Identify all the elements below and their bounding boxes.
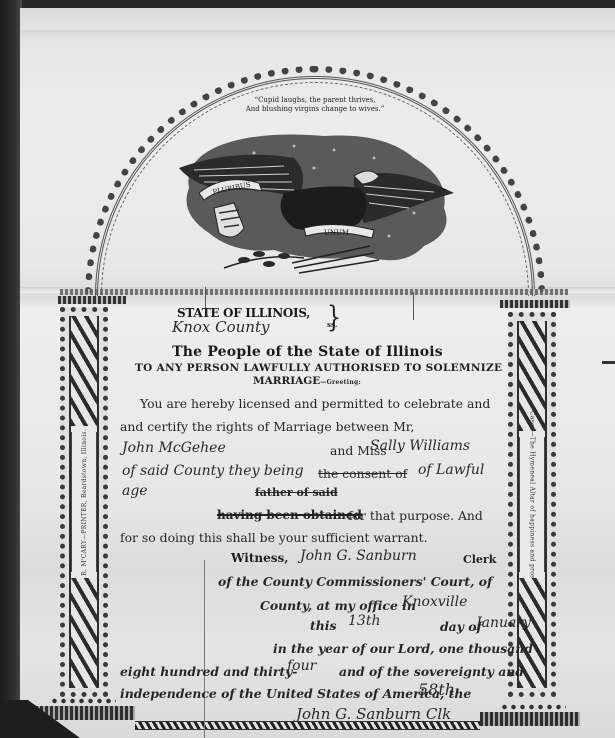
county-office-line: County, at my office in [260,598,416,613]
printer-imprint: R. M'CARY—PRINTER, Beardstown, Illinois. [81,429,88,576]
of-said-county: of said County they being [122,463,304,479]
lawful-handwritten: of Lawful [418,462,484,478]
corner-ornament-top-left [58,296,126,304]
brace: } [327,305,341,334]
bride-name: Sally Williams [370,438,470,454]
motto-line-1: “Cupid laughs, the parent thrives, [210,96,420,105]
corner-dots-bottom-right [500,703,566,711]
sovereignty-line: and of the sovereignty and [339,664,524,679]
body-line-2: and certify the rights of Marriage betwe… [120,419,414,434]
document-title: The People of the State of Illinois [0,344,615,360]
year-handwritten: four [287,658,316,674]
month-name: January [476,615,531,631]
corner-block-bottom-right [480,712,580,726]
left-decorative-border: R. M'CARY—PRINTER, Beardstown, Illinois. [60,307,108,697]
day-number: 13th [348,613,380,629]
addressee-line-2: MARRIAGE—Greeting: [253,375,361,387]
eagle-vignette-icon: PLURIBUS UNUM [174,128,456,278]
for-purpose: for that purpose. And [348,508,483,523]
town-name: Knoxville [402,594,467,610]
scan-mark [204,560,205,738]
consent-struck: the consent of [318,466,407,481]
rope-pattern [71,316,97,426]
clerk-signature: John G. Sanburn Clk [296,705,451,723]
having-struck: having been obtained [217,508,362,522]
independence-year: 58th [418,680,455,699]
rope-pattern [71,578,97,688]
marriage-word: MARRIAGE [253,375,320,387]
right-decorative-border: Cases—The Hymeneal Altar of happiness an… [508,312,556,697]
clerk-label: Clerk [463,553,496,566]
corner-ornament-top-right [500,300,570,308]
right-border-imprint: Cases—The Hymeneal Altar of happiness an… [519,437,545,572]
ss-mark: ss. [327,320,337,329]
eight-hundred-line: eight hundred and thirty- [120,664,297,679]
left-border-imprint: R. M'CARY—PRINTER, Beardstown, Illinois. [71,432,97,572]
scan-background-left [0,0,22,738]
witness-label: Witness, [231,551,288,565]
corner-dots-bottom-left [50,697,116,705]
warrant-line: for so doing this shall be your sufficie… [120,530,428,545]
this-label: this [310,618,336,633]
motto-line-2: And blushing virgins change to wives.” [210,105,420,114]
clerk-name: John G. Sanburn [300,548,417,564]
addressee-line-1: TO ANY PERSON LAWFULLY AUTHORISED TO SOL… [135,362,502,374]
ornamental-band-top [60,289,568,295]
county-handwritten: Knox County [172,318,269,336]
year-of-lord-line: in the year of our Lord, one thousand [273,641,533,656]
edge-mark [602,361,615,364]
paper-crease [20,30,615,42]
scan-mark [413,292,414,320]
groom-name: John McGehee [122,440,226,456]
court-line: of the County Commissioners' Court, of [218,574,492,589]
greeting: —Greeting: [320,379,361,386]
father-struck: father of said [255,486,338,499]
motto: “Cupid laughs, the parent thrives, And b… [210,96,420,114]
age-handwritten: age [122,483,148,499]
body-line-1: You are hereby licensed and permitted to… [140,396,490,411]
right-imprint: Cases—The Hymeneal Altar of happiness an… [529,411,536,598]
banner-right-text: UNUM [324,229,349,237]
